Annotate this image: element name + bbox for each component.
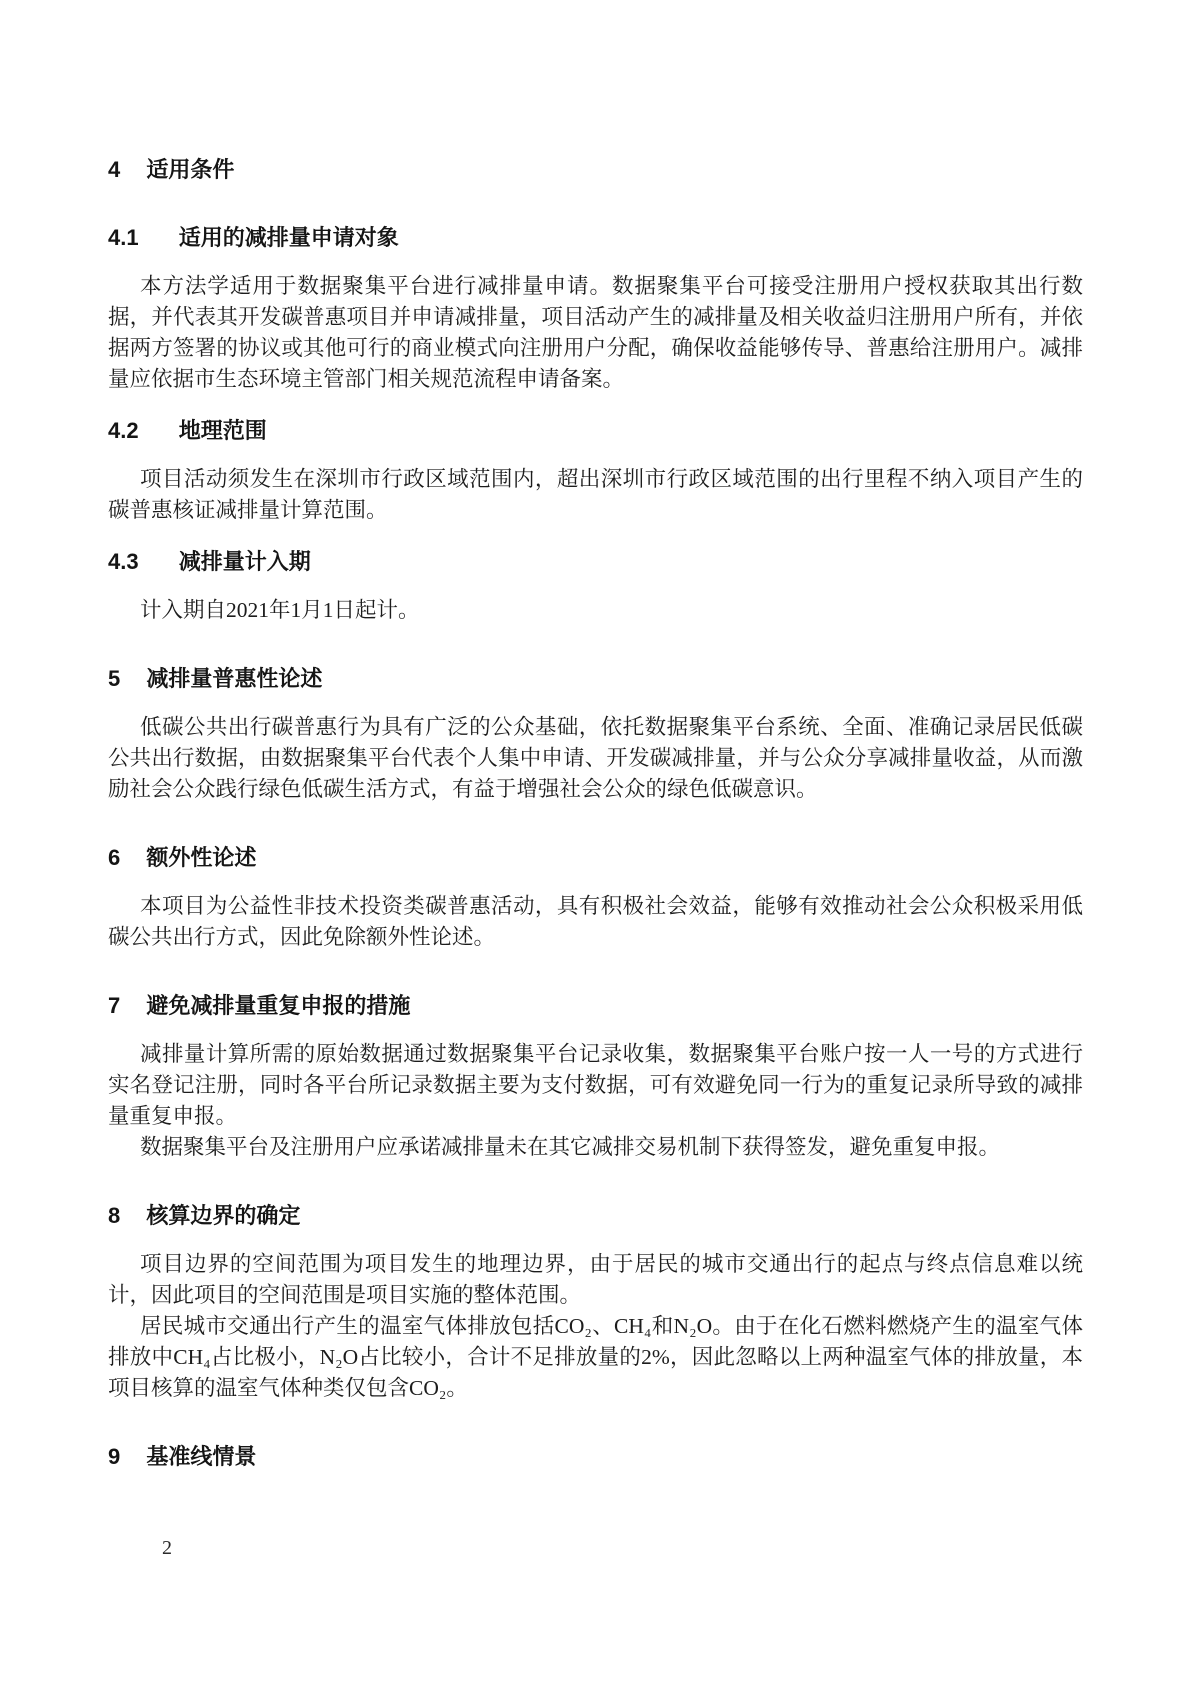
section-number: 4.3 bbox=[108, 547, 139, 577]
section-title: 减排量普惠性论述 bbox=[146, 666, 322, 691]
section-heading-4: 4 适用条件 bbox=[108, 155, 1083, 185]
section-heading-8: 8 核算边界的确定 bbox=[108, 1201, 1083, 1231]
paragraph: 减排量计算所需的原始数据通过数据聚集平台记录收集，数据聚集平台账户按一人一号的方… bbox=[108, 1039, 1083, 1132]
section-title: 适用的减排量申请对象 bbox=[179, 225, 399, 250]
section-title: 适用条件 bbox=[146, 157, 234, 182]
paragraph: 本方法学适用于数据聚集平台进行减排量申请。数据聚集平台可接受注册用户授权获取其出… bbox=[108, 271, 1083, 395]
section-heading-6: 6 额外性论述 bbox=[108, 843, 1083, 873]
section-title: 基准线情景 bbox=[146, 1444, 256, 1469]
section-heading-7: 7 避免减排量重复申报的措施 bbox=[108, 991, 1083, 1021]
section-number: 4 bbox=[108, 155, 120, 185]
paragraph: 低碳公共出行碳普惠行为具有广泛的公众基础，依托数据聚集平台系统、全面、准确记录居… bbox=[108, 712, 1083, 805]
section-title: 额外性论述 bbox=[146, 845, 256, 870]
section-heading-4-1: 4.1 适用的减排量申请对象 bbox=[108, 223, 1083, 253]
page-number: 2 bbox=[162, 1537, 172, 1560]
paragraph: 居民城市交通出行产生的温室气体排放包括CO₂、CH₄和N₂O。由于在化石燃料燃烧… bbox=[108, 1311, 1083, 1404]
section-title: 避免减排量重复申报的措施 bbox=[146, 993, 410, 1018]
section-number: 4.2 bbox=[108, 416, 139, 446]
section-heading-4-3: 4.3 减排量计入期 bbox=[108, 547, 1083, 577]
section-number: 8 bbox=[108, 1201, 120, 1231]
paragraph: 项目边界的空间范围为项目发生的地理边界，由于居民的城市交通出行的起点与终点信息难… bbox=[108, 1249, 1083, 1311]
section-number: 5 bbox=[108, 664, 120, 694]
section-title: 核算边界的确定 bbox=[146, 1203, 300, 1228]
section-number: 7 bbox=[108, 991, 120, 1021]
section-title: 减排量计入期 bbox=[179, 549, 311, 574]
paragraph: 数据聚集平台及注册用户应承诺减排量未在其它减排交易机制下获得签发，避免重复申报。 bbox=[108, 1132, 1083, 1163]
paragraph: 项目活动须发生在深圳市行政区域范围内，超出深圳市行政区域范围的出行里程不纳入项目… bbox=[108, 464, 1083, 526]
section-heading-9: 9 基准线情景 bbox=[108, 1442, 1083, 1472]
section-heading-5: 5 减排量普惠性论述 bbox=[108, 664, 1083, 694]
document-page: 4 适用条件 4.1 适用的减排量申请对象 本方法学适用于数据聚集平台进行减排量… bbox=[0, 0, 1190, 1683]
paragraph: 本项目为公益性非技术投资类碳普惠活动，具有积极社会效益，能够有效推动社会公众积极… bbox=[108, 891, 1083, 953]
document-content: 4 适用条件 4.1 适用的减排量申请对象 本方法学适用于数据聚集平台进行减排量… bbox=[108, 155, 1083, 1472]
section-number: 6 bbox=[108, 843, 120, 873]
section-number: 4.1 bbox=[108, 223, 139, 253]
section-number: 9 bbox=[108, 1442, 120, 1472]
section-title: 地理范围 bbox=[179, 418, 267, 443]
section-heading-4-2: 4.2 地理范围 bbox=[108, 416, 1083, 446]
paragraph: 计入期自2021年1月1日起计。 bbox=[108, 595, 1083, 626]
